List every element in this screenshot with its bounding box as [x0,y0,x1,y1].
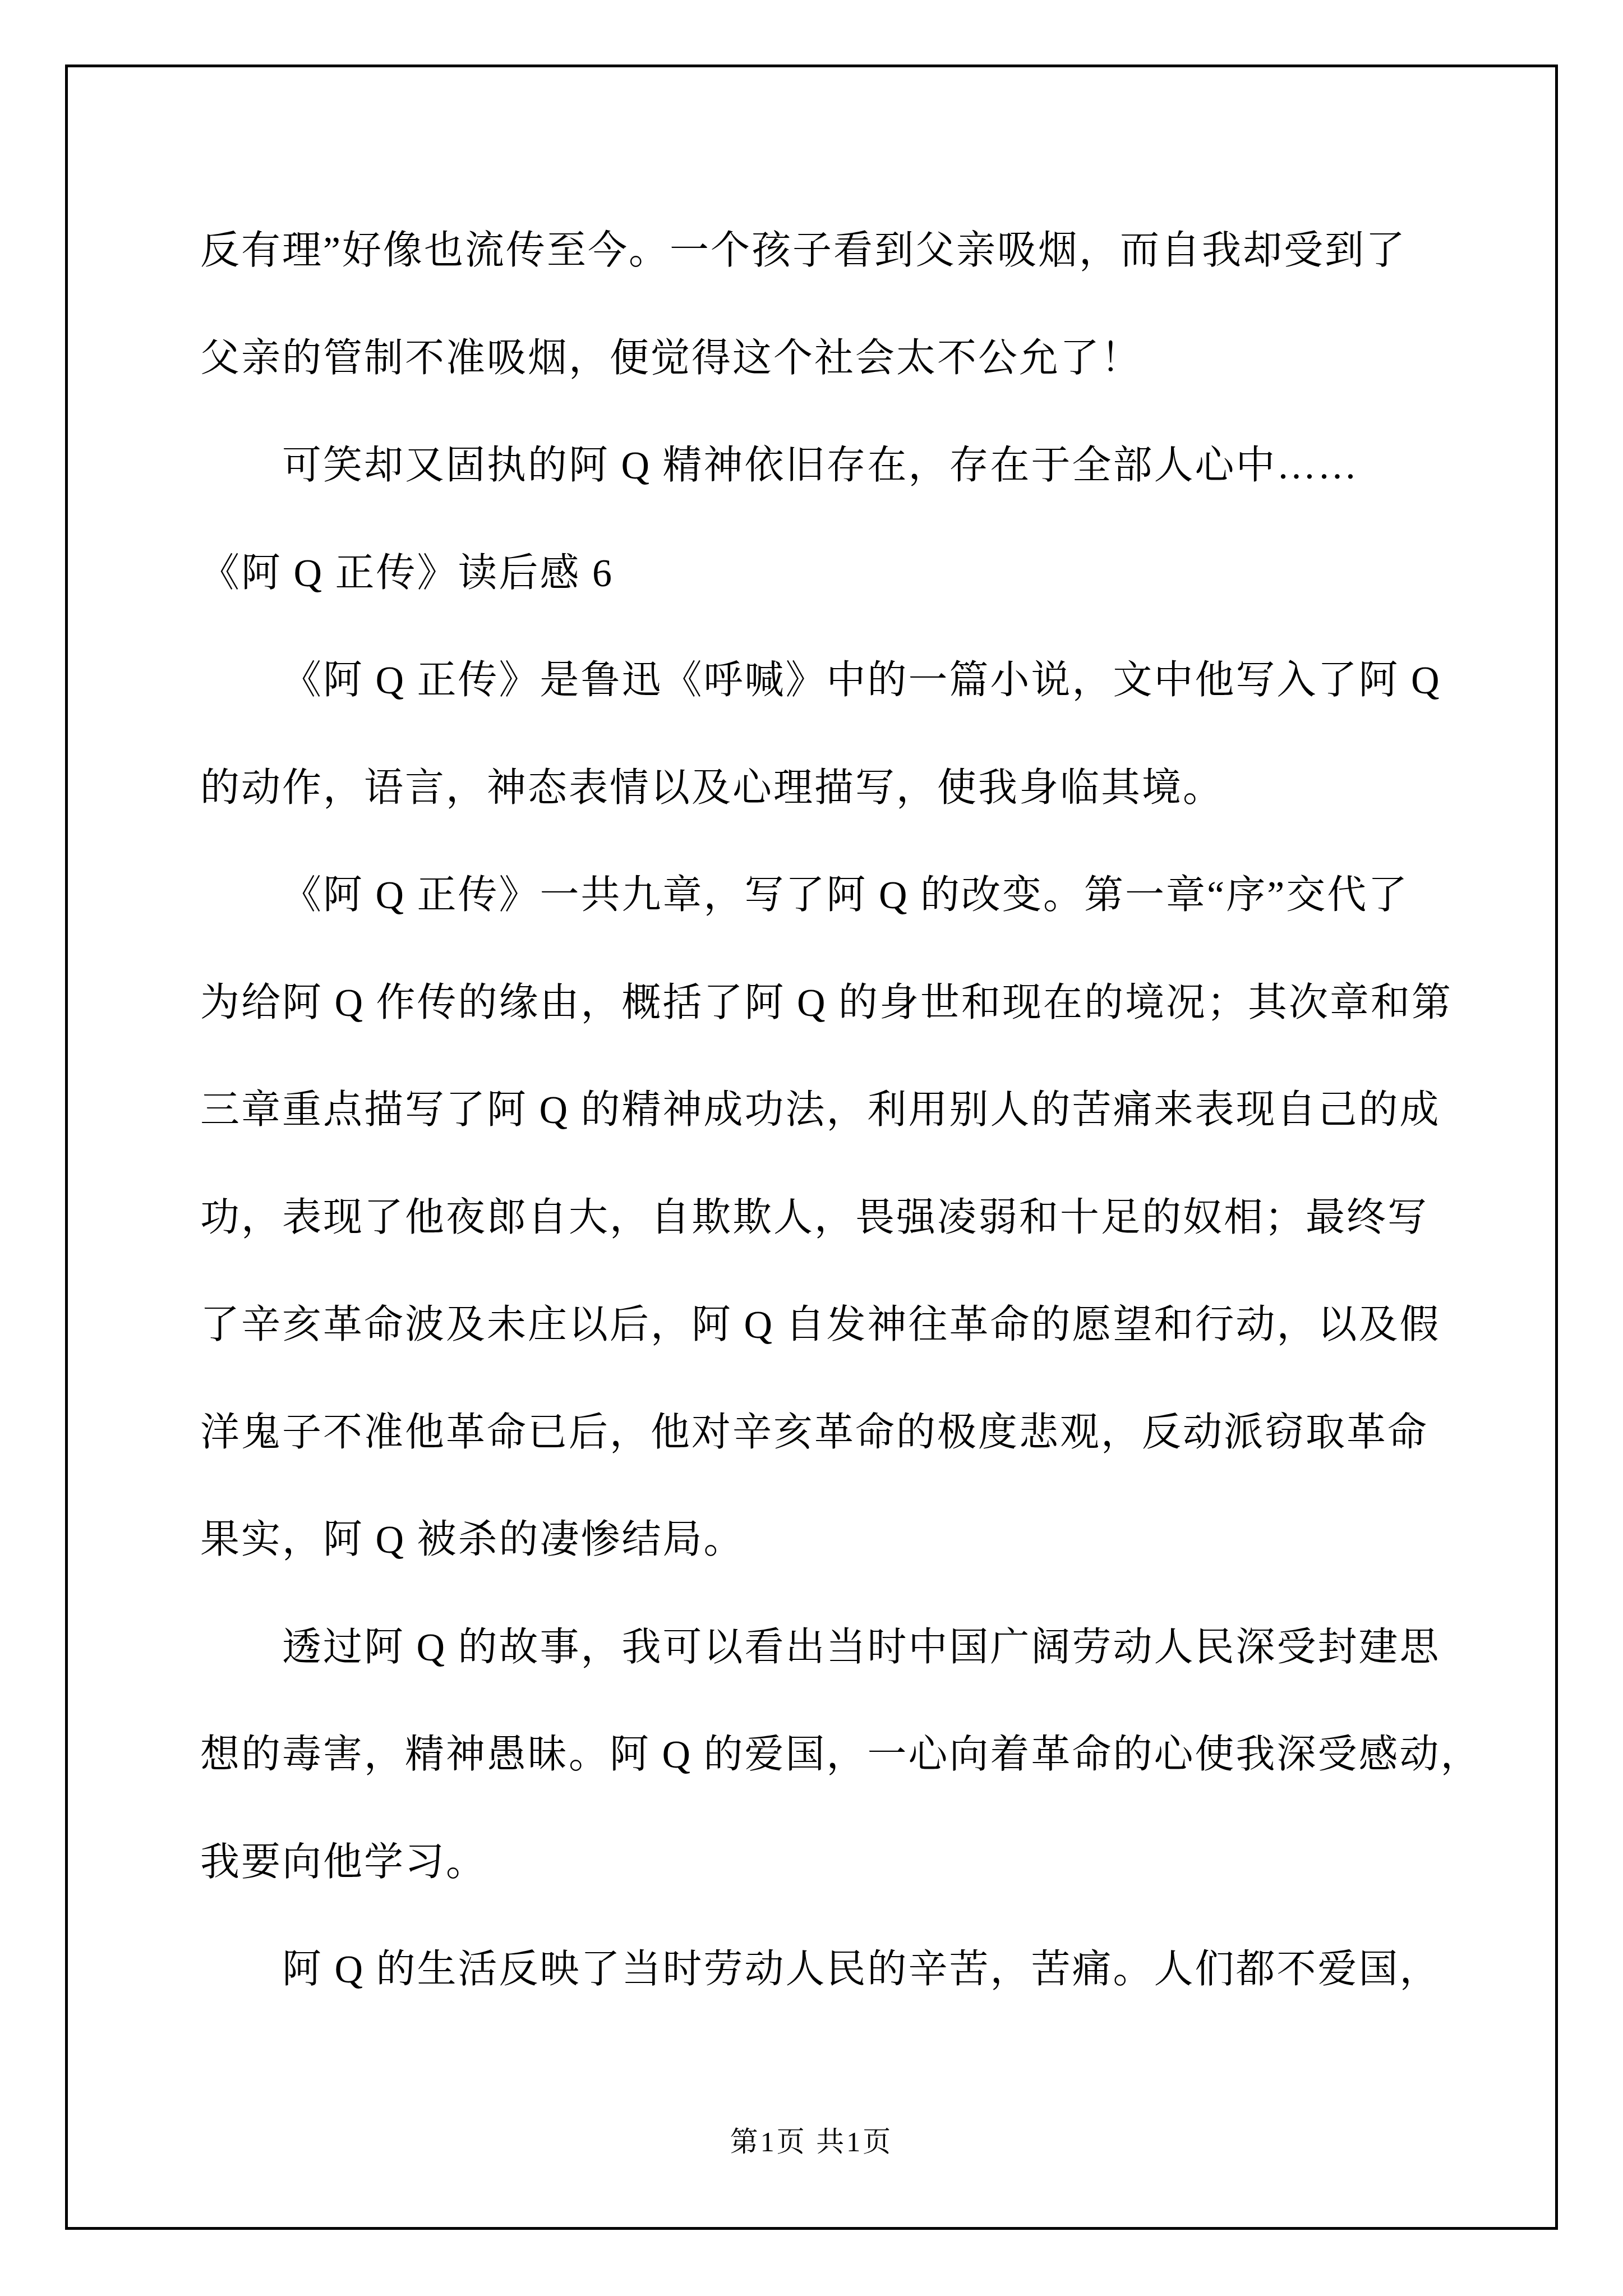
text-line: 的动作，语言，神态表情以及心理描写，使我身临其境。 [200,735,1473,843]
page-footer: 第1页 共1页 [0,2119,1623,2160]
text-line: 《阿 Q 正传》读后感 6 [200,520,1473,628]
text-line: 功，表现了他夜郎自大，自欺欺人，畏强凌弱和十足的奴相；最终写 [200,1165,1473,1272]
text-line: 果实，阿 Q 被杀的凄惨结局。 [200,1487,1473,1594]
text-line: 了辛亥革命波及未庄以后，阿 Q 自发神往革命的愿望和行动，以及假 [200,1272,1473,1379]
text-line: 反有理”好像也流传至今。一个孩子看到父亲吸烟，而自我却受到了 [200,197,1473,305]
document-body: 反有理”好像也流传至今。一个孩子看到父亲吸烟，而自我却受到了父亲的管制不准吸烟，… [200,197,1473,2024]
text-line: 透过阿 Q 的故事，我可以看出当时中国广阔劳动人民深受封建思 [200,1594,1473,1702]
text-line: 《阿 Q 正传》是鲁迅《呼喊》中的一篇小说，文中他写入了阿 Q [200,627,1473,735]
text-line: 阿 Q 的生活反映了当时劳动人民的辛苦，苦痛。人们都不爱国， [200,1916,1473,2024]
text-line: 父亲的管制不准吸烟，便觉得这个社会太不公允了！ [200,305,1473,413]
text-line: 洋鬼子不准他革命已后，他对辛亥革命的极度悲观，反动派窃取革命 [200,1379,1473,1487]
text-line: 三章重点描写了阿 Q 的精神成功法，利用别人的苦痛来表现自己的成 [200,1057,1473,1165]
text-line: 《阿 Q 正传》一共九章，写了阿 Q 的改变。第一章“序”交代了 [200,842,1473,950]
document-page: 反有理”好像也流传至今。一个孩子看到父亲吸烟，而自我却受到了父亲的管制不准吸烟，… [0,0,1623,2296]
text-line: 想的毒害，精神愚昧。阿 Q 的爱国，一心向着革命的心使我深受感动， [200,1701,1473,1809]
text-line: 为给阿 Q 作传的缘由，概括了阿 Q 的身世和现在的境况；其次章和第 [200,950,1473,1057]
text-line: 我要向他学习。 [200,1809,1473,1917]
text-line: 可笑却又固执的阿 Q 精神依旧存在，存在于全部人心中…… [200,412,1473,520]
